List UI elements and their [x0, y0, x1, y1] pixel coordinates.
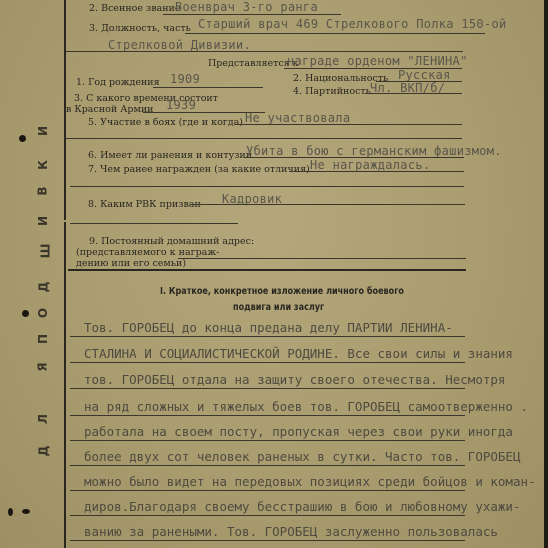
narrative-underline — [70, 465, 465, 466]
margin-letter: П — [36, 334, 50, 344]
narrative-line: СТАЛИНА И СОЦИАЛИСТИЧЕСКОЙ РОДИНЕ. Все с… — [84, 346, 513, 361]
rvk-underline-2 — [70, 223, 238, 224]
narrative-line: работала на своем посту, пропуская через… — [84, 424, 513, 439]
address-underline — [178, 258, 466, 259]
section-heading-2: подвига или заслуг — [233, 302, 324, 313]
prev-awards-underline-2 — [70, 186, 464, 187]
narrative-line: можно было видет на передовых позициях с… — [84, 474, 536, 489]
birth-label: 1. Год рождения — [76, 77, 160, 88]
narrative-line: более двух сот человек раненых в сутки. … — [84, 449, 521, 464]
narrative-underline — [70, 336, 465, 337]
address-label-3: дению или его семьи) — [76, 258, 186, 269]
narrative-underline — [70, 388, 465, 389]
address-label-2: (представляемого к награж- — [76, 247, 219, 258]
narrative-underline — [70, 540, 465, 541]
rank-value: Военврач 3-го ранга — [175, 0, 318, 14]
narrative-line: тов. ГОРОБЕЦ отдала на защиту своего оте… — [84, 372, 505, 387]
section-heading: I. Краткое, конкретное изложение личного… — [160, 286, 404, 297]
ink-blot — [22, 310, 29, 317]
nationality-value: Русская — [398, 68, 451, 82]
position-underline-2 — [66, 51, 463, 52]
address-label-1: 9. Постоянный домашний адрес: — [89, 236, 254, 247]
party-label: 4. Партийность — [293, 86, 371, 97]
rank-underline — [163, 14, 341, 15]
position-value-1: Старший врач 469 Стрелкового Полка 150-о… — [198, 17, 507, 31]
ink-blot — [19, 135, 26, 142]
narrative-underline — [70, 415, 465, 416]
wounds-value: Убита в бою с германским фашизмом. — [246, 144, 502, 158]
narrative-underline — [70, 515, 465, 516]
prev-awards-underline — [289, 171, 464, 172]
award-value: награде орденом "ЛЕНИНА" — [287, 54, 468, 68]
ink-blot — [22, 509, 30, 514]
battles-value: Не участвовала — [245, 111, 350, 125]
position-value-2: Стрелковой Дивизии. — [108, 38, 251, 52]
narrative-line: Тов. ГОРОБЕЦ до конца предана делу ПАРТИ… — [84, 320, 453, 335]
rank-label: 2. Всенное звание — [89, 3, 181, 14]
position-underline — [185, 33, 485, 34]
ink-blot — [8, 508, 13, 516]
battles-underline-2 — [66, 138, 462, 139]
margin-letter: Ш — [38, 244, 52, 259]
margin-letter: И — [36, 216, 50, 226]
army-since-value: 1939 — [166, 98, 196, 112]
margin-rule — [64, 222, 66, 548]
narrative-line: на ряд сложных и тяжелых боев тов. ГОРОБ… — [84, 399, 528, 414]
army-since-label-2: в Красной Армии — [66, 104, 154, 115]
margin-letter: В — [36, 186, 50, 195]
army-since-label-1: 3. С какого времени состоит — [74, 93, 218, 104]
rvk-underline — [190, 204, 465, 205]
margin-letter: И — [36, 126, 50, 136]
prev-awards-value: Не награждалась. — [310, 158, 430, 172]
margin-letter: Д — [36, 282, 50, 293]
narrative-line: диров.Благодаря своему бесстрашию в бою … — [84, 499, 521, 514]
wounds-label: 6. Имеет ли ранения и контузии — [88, 150, 252, 161]
narrative-line: ванию за ранеными. Тов. ГОРОБЕЦ заслужен… — [84, 524, 498, 539]
narrative-underline — [70, 440, 465, 441]
birth-value: 1909 — [170, 72, 200, 86]
narrative-underline — [70, 490, 465, 491]
rvk-label: 8. Каким РВК призван — [88, 199, 201, 210]
margin-letter: Л — [36, 414, 50, 424]
margin-letter: О — [36, 308, 50, 318]
margin-letter: К — [36, 160, 50, 170]
position-label: 3. Должность, часть — [89, 23, 191, 34]
battles-label: 5. Участие в боях (где и когда) — [88, 117, 243, 128]
party-underline — [365, 93, 462, 94]
battles-underline — [235, 124, 462, 125]
section-divider — [68, 269, 466, 271]
margin-letter: Д — [36, 446, 50, 457]
prev-awards-label: 7. Чем ранее награжден (за какие отличия… — [88, 164, 310, 175]
birth-underline — [153, 87, 263, 88]
award-document-page: Д Л Я П О Д Ш И В К И 2. Всенное звание … — [0, 0, 544, 548]
narrative-underline — [70, 362, 465, 363]
margin-letter: Я — [36, 362, 50, 371]
